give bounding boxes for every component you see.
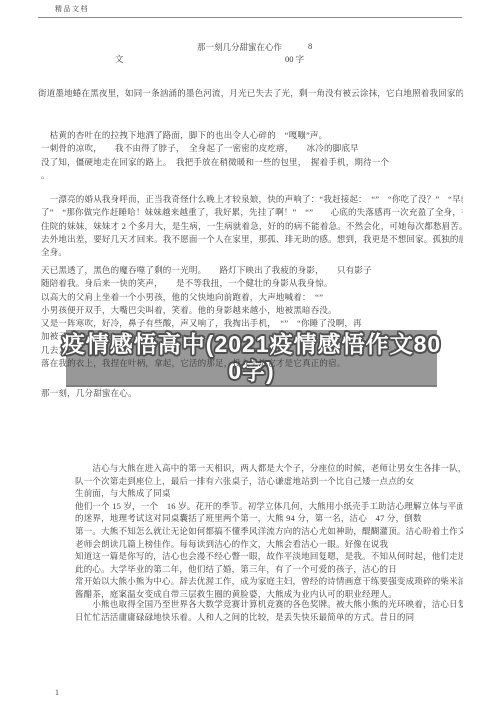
text-line: 枯黄的杏叶在的拉拽下地洒了路面，脚下的也出令人心碎的 “嘎嘣”声。 <box>41 129 463 142</box>
text-line: 了” “那你做完作赶睡哈！妹妹越来越重了，我好累，先挂了啊！” “” 心底的失落… <box>41 206 463 219</box>
paragraph-5: 洁心与大熊在进入高中的第一天相识，两人都是大个子，分座位的时候，老师让男女生各排… <box>75 462 463 601</box>
doc-title-line2-left: 文 <box>115 53 124 65</box>
text-line: 。 <box>41 169 463 182</box>
text-line: 生前面，与大熊成了同桌 <box>75 487 463 500</box>
text-line: 以高大的父肩上坐着一个小男孩，他的父快地向前跑着，大声地喊着： “” <box>41 291 463 304</box>
text-line: 老师会朗读几篇上榜佳作。每每读到洁心的作文，大熊会看洁心一眼。好像在说我 <box>75 538 463 551</box>
text-line: 他们一个 15 岁，一个 16 岁。花开的季节。初学立体几何，大熊用小纸壳手工助… <box>75 500 463 513</box>
section-heading: 那一刻，几分甜蜜在心。 <box>41 387 463 400</box>
page-number: 1 <box>55 688 59 697</box>
text-line: 常开始以大熊小熊为中心。辞去优渥工作，成为家庭主妇，曾经的诗情画意干练要强变成琐… <box>75 575 463 588</box>
text-line: 此的心。大学毕业的第二年，他们结了婚，第三年，有了一个可爱的孩子，洁心的日 <box>75 563 463 576</box>
text-line: 街道墨地蜷在黑夜里，如同一条汹涌的墨色河流，月光已失去了光，剩一角没有被云涂抹，… <box>38 87 463 100</box>
section-heading-text: 那一刻，几分甜蜜在心。 <box>41 387 463 400</box>
text-line: 随陪着我。身后来一快的笑声， 是不等我扭，一个健壮的身影从我身惊。 <box>41 277 463 290</box>
text-line: 队一个次第走到座位上，最后一排有六张桌子，洁心谦虚地站到一个比自己矮一点点的女 <box>75 475 463 488</box>
doc-title-line2-right: 00 字 <box>285 53 304 65</box>
text-line: 落在我的衣上，我捏在叶柄，拿起，它活的那足，投入土坑它才是它真正的宿。 <box>41 357 463 370</box>
header-label: 精品文档 <box>55 4 89 14</box>
text-line: 一刺骨的凉吹， 我不由得了脖子， 全身起了一密密的皮疙瘩， 冰冷的脚底早 <box>41 142 463 155</box>
text-line: 知道这一篇是你写的，洁心也会漫不经心瞥一眼，故作平淡地回复嗯，是我。不知从何时起… <box>75 550 463 563</box>
paragraph-2: 枯黄的杏叶在的拉拽下地洒了路面，脚下的也出令人心碎的 “嘎嘣”声。一刺骨的凉吹，… <box>41 129 463 182</box>
text-line: 一漂亮的婚从我身呼而，正当我奇怪什么晚上才较泉娘，快的声响了：“我赶接起： “”… <box>41 193 463 206</box>
text-line: 小男孩便开双手，大嘴巴尖叫着，笑着。他的身影越来越小，地被黑暗吞没。 <box>41 304 463 317</box>
text-line: 住院的妹妹，妹妹才 2 个多月大，是生病，一生病就着急，好的的病不能着急。不然会… <box>41 220 463 233</box>
header-divider <box>38 17 462 18</box>
paragraph-4-lower: 落在我的衣上，我捏在叶柄，拿起，它活的那足，投入土坑它才是它真正的宿。 <box>41 357 463 370</box>
overlay-title-line-1: 疫情感悟高中(2021疫情感悟作文80 <box>62 331 441 358</box>
text-line: 去外地出差，要好几天才回来。我不愿面一个人在家里，那孤、琲无助的感。想到，我更是… <box>41 233 463 246</box>
paragraph-1: 街道墨地蜷在黑夜里，如同一条汹涌的墨色河流，月光已失去了光，剩一角没有被云涂抹，… <box>38 87 463 100</box>
text-line: 又是一阵寒吹，好冷，鼻子有些酸，声又响了，我掏出手机， “” “你睡了没啊，再 <box>41 317 463 330</box>
doc-title-line1-left: 那一刻几分甜蜜在心作 <box>197 41 282 53</box>
text-line: 没了知，僵硬地走在回家的路上。 我把手放在稍微暖和一些的包里， 握着手机，期待一… <box>41 156 463 169</box>
document-page: 精品文档 那一刻几分甜蜜在心作 8 文 00 字 街道墨地蜷在黑夜里，如同一条汹… <box>0 0 500 707</box>
text-line: 的迷界，地理考试这对同桌囊括了班里两个第一，大熊 94 分，第一名，洁心 47 … <box>75 512 463 525</box>
paragraph-6: 小熊也取得全国乃至世界各大数学竞赛计算机竞赛的各色奖牌。被大熊小熊的光环映着，洁… <box>75 598 463 623</box>
text-line: 洁心与大熊在进入高中的第一天相识，两人都是大个子，分座位的时候，老师让男女生各排… <box>75 462 463 475</box>
text-line: 第一。大熊不知怎么就让无论如何都搞不懂季风洋流方向的洁心尤如神助，醍醐灌顶。洁心… <box>75 525 463 538</box>
text-line: 日忙忙活活庸庸碌碌地快乐着。人和人之间的比较，是丢失快乐最简单的方式。昔日的同 <box>75 611 463 624</box>
text-line: 天已黑透了，黑色的魔吞噬了剩的一光明。 路灯下映出了我疲的身影， 只有影子 <box>41 264 463 277</box>
text-line: 全身。 <box>41 246 463 259</box>
text-line: 小熊也取得全国乃至世界各大数学竞赛计算机竞赛的各色奖牌。被大熊小熊的光环映着，洁… <box>75 598 463 611</box>
paragraph-3: 一漂亮的婚从我身呼而，正当我奇怪什么晚上才较泉娘，快的声响了：“我赶接起： “”… <box>41 193 463 259</box>
doc-title-line1-right: 8 <box>308 41 312 51</box>
